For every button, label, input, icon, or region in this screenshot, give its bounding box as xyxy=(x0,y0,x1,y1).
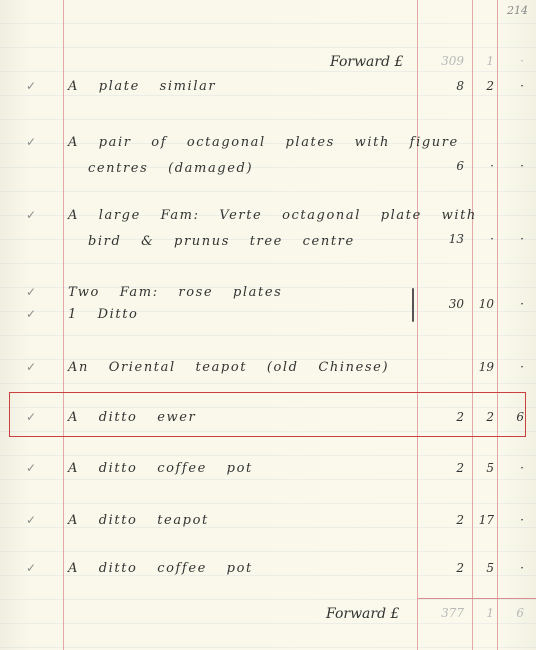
entry-shillings: · xyxy=(470,159,494,173)
check-icon: ✓ xyxy=(26,307,36,321)
entry-shillings: 2 xyxy=(470,410,494,424)
check-icon: ✓ xyxy=(26,285,36,299)
forward-pounds: 309 xyxy=(414,54,464,68)
entry-pence: · xyxy=(504,360,524,374)
entry-pounds: 2 xyxy=(414,561,464,575)
entry-pence: · xyxy=(504,461,524,475)
entry-pounds: 6 xyxy=(414,159,464,173)
entry-pounds: 2 xyxy=(414,513,464,527)
entry-description: An Oriental teapot (old Chinese) xyxy=(68,354,389,382)
entry-description: A ditto coffee pot xyxy=(68,455,253,483)
page-number: 214 xyxy=(507,4,528,17)
entry-shillings: 5 xyxy=(470,461,494,475)
entry-pounds: 30 xyxy=(414,297,464,311)
entry-shillings: 17 xyxy=(470,513,494,527)
check-icon: ✓ xyxy=(26,208,36,222)
forward-shillings: 1 xyxy=(470,54,494,68)
forward-pounds: 377 xyxy=(414,606,464,620)
entry-pence: · xyxy=(504,79,524,93)
entry-shillings: 5 xyxy=(470,561,494,575)
entry-pence: · xyxy=(504,297,524,311)
ledger-page: 214 Forward £ 309 1 · ✓ A plate similar … xyxy=(0,0,536,650)
entry-pounds: 13 xyxy=(414,232,464,246)
shillings-column-rule xyxy=(472,0,473,650)
entry-description: A ditto teapot xyxy=(68,507,209,535)
forward-pence: · xyxy=(504,54,524,68)
entry-description: A ditto coffee pot xyxy=(68,555,253,583)
entry-description: 1 Ditto xyxy=(68,301,138,329)
forward-label: Forward £ xyxy=(330,54,403,70)
check-icon: ✓ xyxy=(26,461,36,475)
entry-shillings: 2 xyxy=(470,79,494,93)
check-icon: ✓ xyxy=(26,513,36,527)
check-icon: ✓ xyxy=(26,410,36,424)
entry-description-line-1: A pair of octagonal plates with figure xyxy=(68,129,459,157)
entry-pence: · xyxy=(504,561,524,575)
entry-pence: · xyxy=(504,513,524,527)
entry-description: A plate similar xyxy=(68,73,216,101)
entry-shillings: 19 xyxy=(470,360,494,374)
entry-pence: · xyxy=(504,159,524,173)
total-rule xyxy=(418,598,536,599)
check-icon: ✓ xyxy=(26,360,36,374)
entry-pounds: 8 xyxy=(414,79,464,93)
entry-pence: 6 xyxy=(504,410,524,424)
entry-pounds: 2 xyxy=(414,410,464,424)
entry-description-line-1: A large Fam: Verte octagonal plate with xyxy=(68,202,477,230)
check-icon: ✓ xyxy=(26,79,36,93)
entry-description: A ditto ewer xyxy=(68,404,196,432)
entry-shillings: 10 xyxy=(470,297,494,311)
pounds-column-rule xyxy=(417,0,418,650)
forward-pence: 6 xyxy=(504,606,524,620)
entry-pounds: 2 xyxy=(414,461,464,475)
margin-rule xyxy=(63,0,64,650)
entry-pence: · xyxy=(504,232,524,246)
entry-shillings: · xyxy=(470,232,494,246)
check-icon: ✓ xyxy=(26,561,36,575)
check-icon: ✓ xyxy=(26,135,36,149)
forward-shillings: 1 xyxy=(470,606,494,620)
entry-description-line-2: centres (damaged) xyxy=(88,155,253,183)
forward-label: Forward £ xyxy=(326,606,399,622)
pence-column-rule xyxy=(497,0,498,650)
entry-description-line-2: bird & prunus tree centre xyxy=(88,228,355,256)
